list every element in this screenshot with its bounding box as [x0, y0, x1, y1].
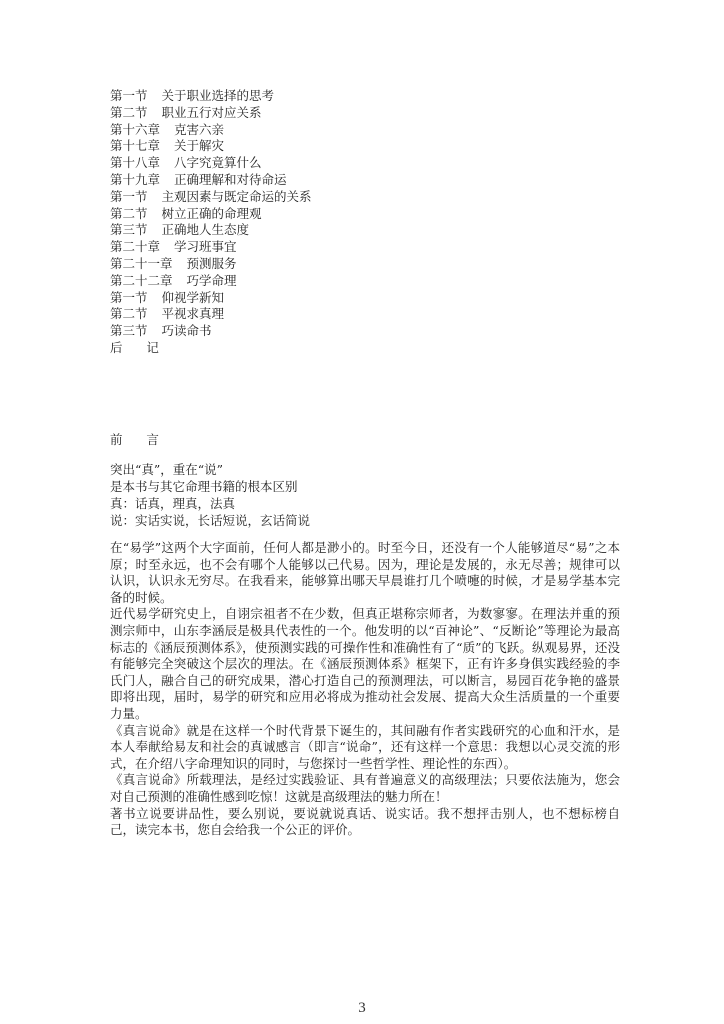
toc-entry-number: 第十七章 — [110, 138, 160, 155]
page-number: 3 — [0, 1000, 724, 1017]
toc-entry-number: 后 记 — [110, 340, 159, 357]
toc-entry-title: 预测服务 — [187, 256, 237, 271]
toc-entry-title: 职业五行对应关系 — [162, 105, 262, 120]
motto-line: 突出“真”，重在“说” — [110, 461, 310, 478]
toc-entry: 第二十章学习班事宜 — [110, 239, 312, 256]
table-of-contents: 第一节关于职业选择的思考 第二节职业五行对应关系 第十六章克害六亲 第十七章关于… — [110, 88, 312, 357]
toc-entry-number: 第三节 — [110, 222, 148, 239]
toc-entry-title: 正确地人生态度 — [162, 222, 250, 237]
toc-entry-number: 第一节 — [110, 189, 148, 206]
toc-entry-number: 第二十二章 — [110, 273, 173, 290]
toc-entry-number: 第一节 — [110, 290, 148, 307]
paragraph: 《真言说命》所载理法，是经过实践验证、具有普遍意义的高级理法；只要依法施为，您会… — [110, 772, 620, 805]
preface-heading: 前 言 — [110, 430, 159, 448]
paragraph: 《真言说命》就是在这样一个时代背景下诞生的，其间融有作者实践研究的心血和汗水，是… — [110, 723, 620, 773]
toc-entry-number: 第二十章 — [110, 239, 160, 256]
toc-entry-number: 第二节 — [110, 105, 148, 122]
toc-entry: 第一节关于职业选择的思考 — [110, 88, 312, 105]
toc-entry-title: 主观因素与既定命运的关系 — [162, 189, 312, 204]
toc-entry: 第一节主观因素与既定命运的关系 — [110, 189, 312, 206]
toc-entry: 第二节平视求真理 — [110, 306, 312, 323]
toc-entry: 第二节职业五行对应关系 — [110, 105, 312, 122]
paragraph: 著书立说要讲品性，要么别说，要说就说真话、说实话。我不想抨击别人，也不想标榜自己… — [110, 806, 620, 839]
toc-entry-number: 第一节 — [110, 88, 148, 105]
toc-entry: 第十九章正确理解和对待命运 — [110, 172, 312, 189]
toc-entry-number: 第二十一章 — [110, 256, 173, 273]
toc-entry: 第十六章克害六亲 — [110, 122, 312, 139]
toc-entry-number: 第二节 — [110, 206, 148, 223]
toc-entry-title: 树立正确的命理观 — [162, 206, 262, 221]
preface-motto: 突出“真”，重在“说” 是本书与其它命理书籍的根本区别 真：话真，理真，法真 说… — [110, 461, 310, 529]
toc-entry-number: 第三节 — [110, 323, 148, 340]
toc-entry-title: 关于解灾 — [174, 138, 224, 153]
toc-entry-number: 第十八章 — [110, 155, 160, 172]
toc-entry: 第二十一章预测服务 — [110, 256, 312, 273]
toc-entry-title: 正确理解和对待命运 — [174, 172, 287, 187]
toc-entry-title: 八字究竟算什么 — [174, 155, 262, 170]
toc-entry: 第三节正确地人生态度 — [110, 222, 312, 239]
preface-body: 在“易学”这两个大字面前，任何人都是渺小的。时至今日，还没有一个人能够道尽“易”… — [110, 540, 620, 839]
toc-entry-number: 第十六章 — [110, 122, 160, 139]
toc-entry-title: 仰视学新知 — [162, 290, 225, 305]
toc-entry-title: 克害六亲 — [174, 122, 224, 137]
motto-line: 说：实话实说，长话短说，玄话简说 — [110, 512, 310, 529]
toc-entry-number: 第十九章 — [110, 172, 160, 189]
toc-entry-title: 巧学命理 — [187, 273, 237, 288]
toc-entry: 第十七章关于解灾 — [110, 138, 312, 155]
toc-entry-number: 第二节 — [110, 306, 148, 323]
motto-line: 是本书与其它命理书籍的根本区别 — [110, 478, 310, 495]
paragraph: 近代易学研究史上，自诩宗祖者不在少数，但真正堪称宗师者，为数寥寥。在理法并重的预… — [110, 606, 620, 722]
paragraph: 在“易学”这两个大字面前，任何人都是渺小的。时至今日，还没有一个人能够道尽“易”… — [110, 540, 620, 606]
toc-entry: 第二十二章巧学命理 — [110, 273, 312, 290]
toc-entry: 第三节巧读命书 — [110, 323, 312, 340]
toc-entry: 第十八章八字究竟算什么 — [110, 155, 312, 172]
motto-line: 真：话真，理真，法真 — [110, 495, 310, 512]
toc-entry-afterword: 后 记 — [110, 340, 312, 357]
toc-entry: 第二节树立正确的命理观 — [110, 206, 312, 223]
toc-entry-title: 学习班事宜 — [174, 239, 237, 254]
toc-entry-title: 平视求真理 — [162, 306, 225, 321]
toc-entry-title: 巧读命书 — [162, 323, 212, 338]
toc-entry-title: 关于职业选择的思考 — [162, 88, 275, 103]
toc-entry: 第一节仰视学新知 — [110, 290, 312, 307]
